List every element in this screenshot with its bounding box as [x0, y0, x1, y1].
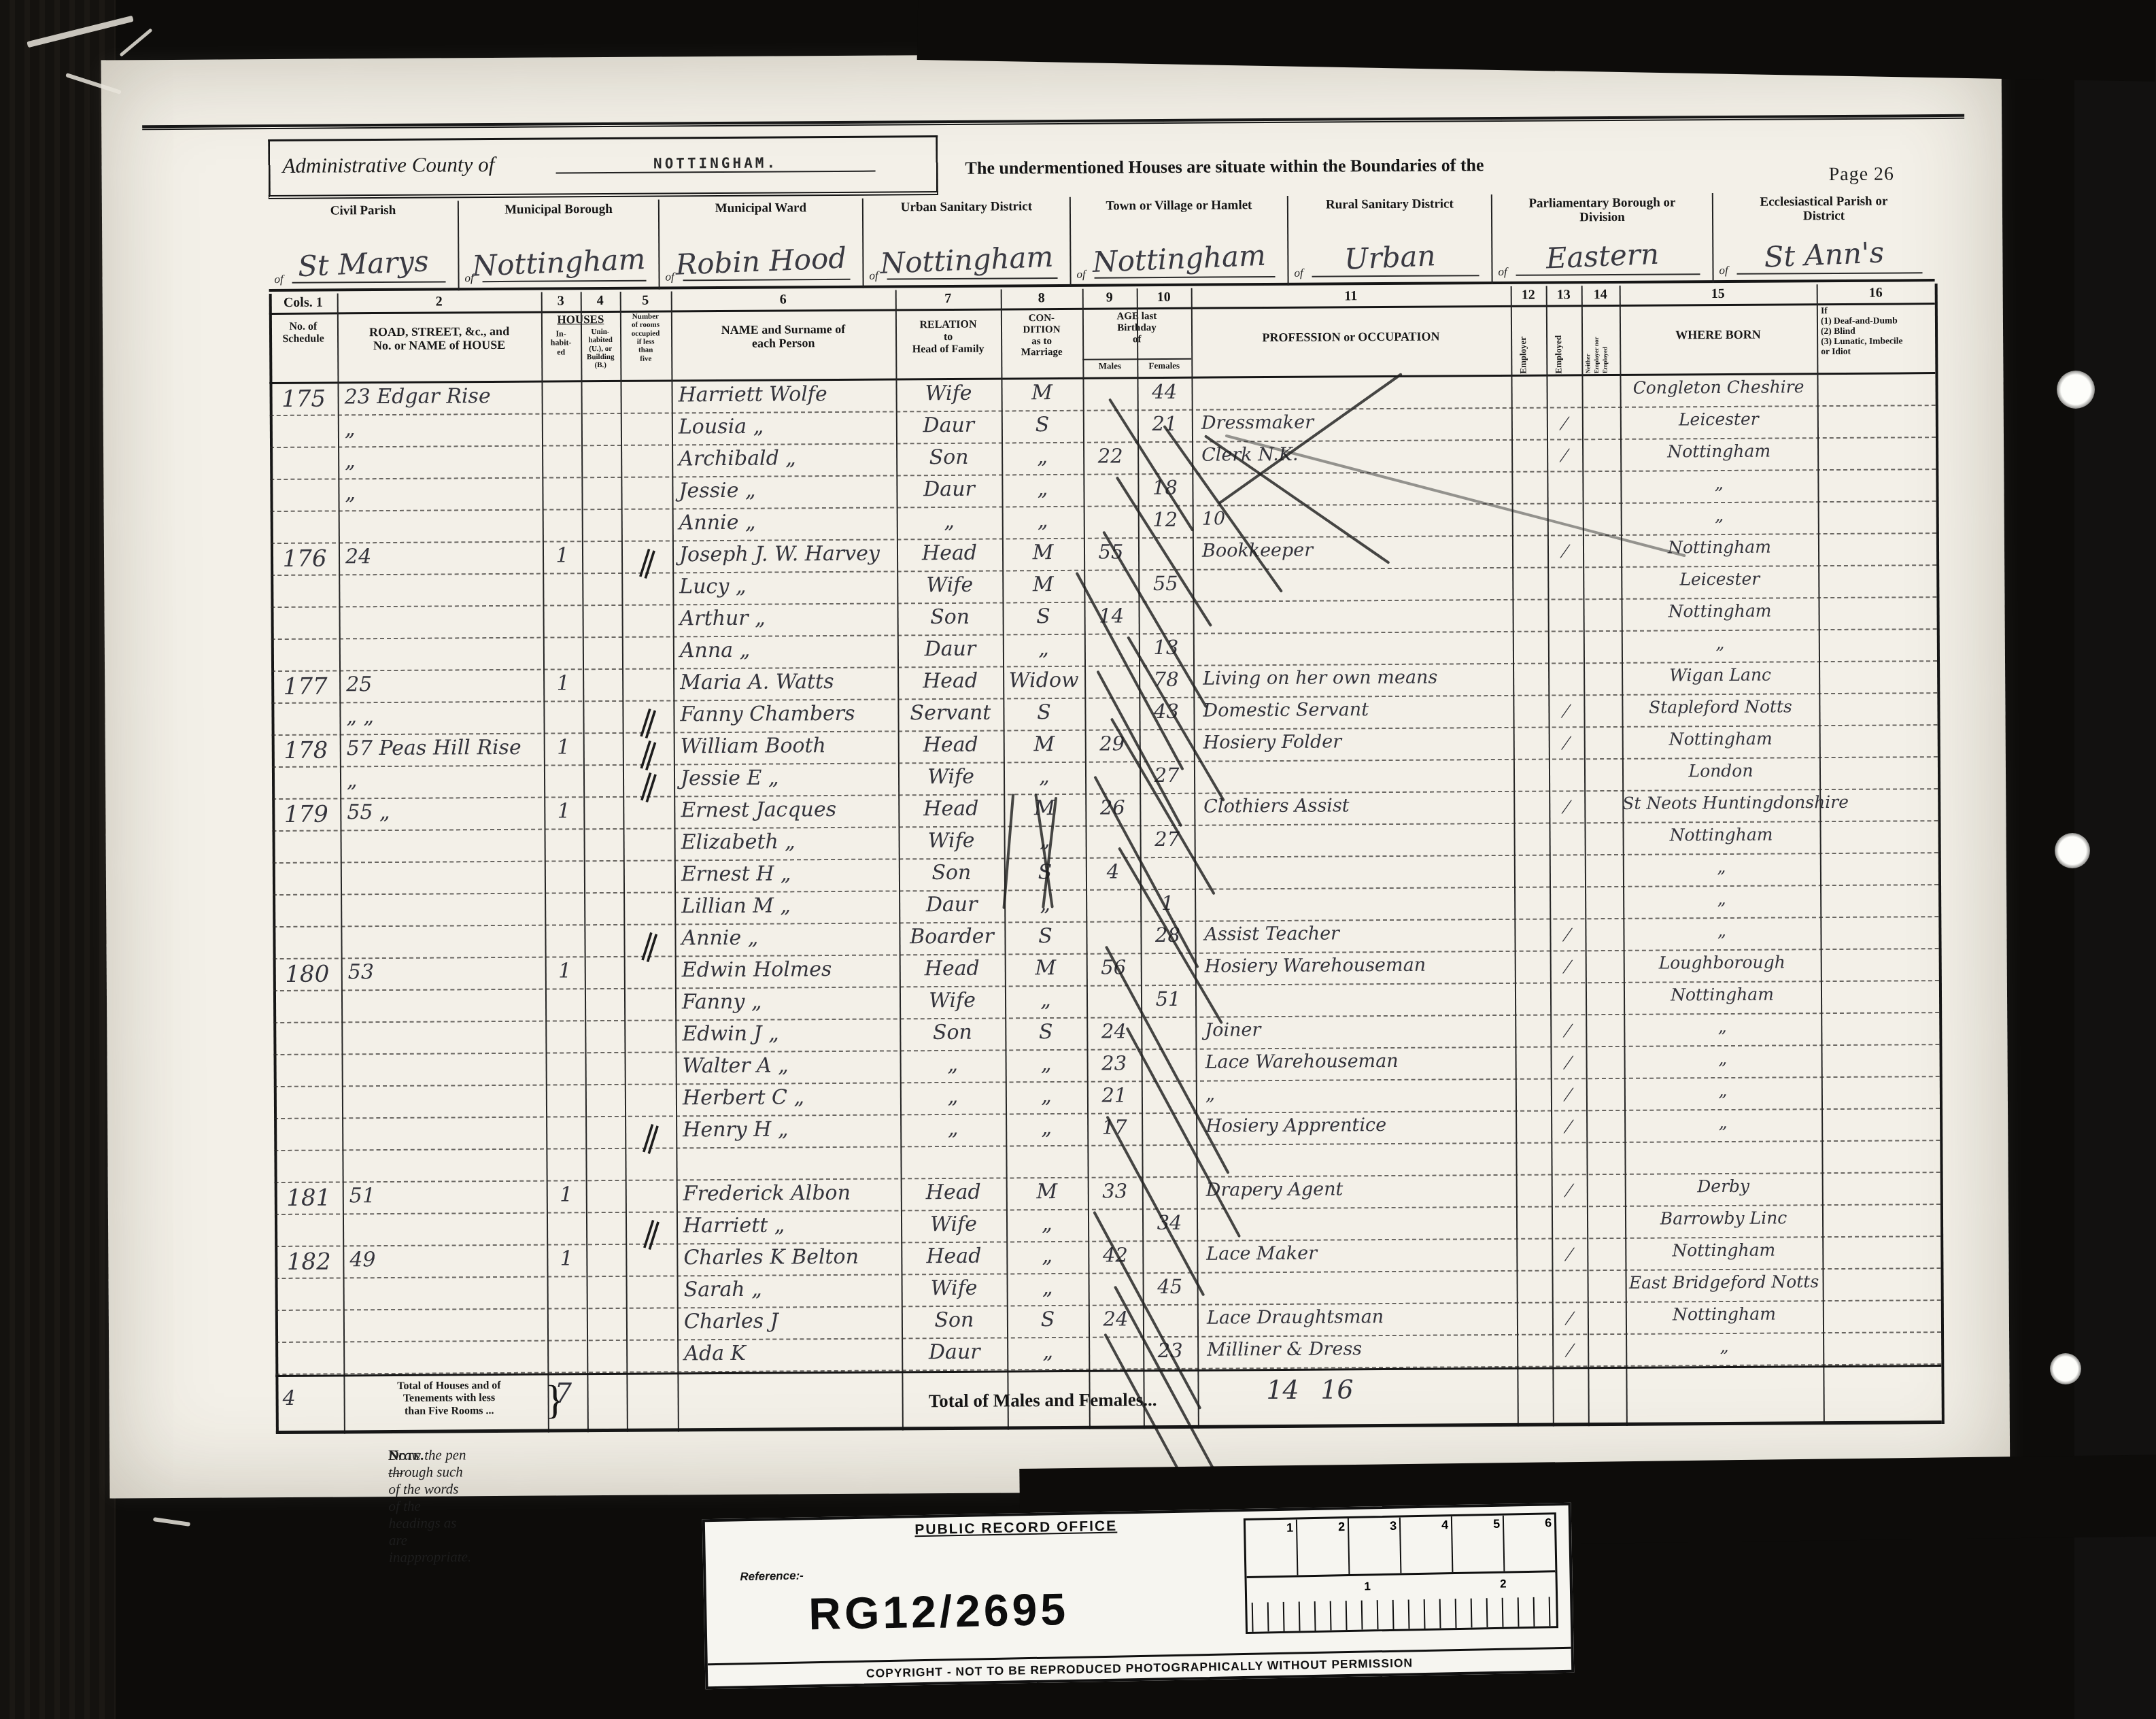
cell-born: Loughborough	[1624, 954, 1821, 972]
district-box-value: Robin Hood	[660, 241, 863, 282]
cell-emp: ∕	[1551, 1083, 1586, 1106]
district-box-value: St Ann's	[1713, 233, 1935, 275]
ruler-inch-cell: 4	[1401, 1516, 1454, 1573]
cell-born: „	[1624, 1082, 1821, 1100]
cell-born: Barrowby Linc	[1625, 1210, 1822, 1227]
ruler-lower-label: 1	[1364, 1580, 1371, 1593]
cell-nm: Ernest H „	[681, 864, 899, 884]
cell-born: Derby	[1625, 1178, 1822, 1195]
header-employer: Employer	[1518, 309, 1528, 374]
pro-card: PUBLIC RECORD OFFICE Reference:- RG12/26…	[702, 1503, 1575, 1689]
cell-nm: Annie „	[681, 927, 899, 948]
cell-occ: Dressmaker	[1201, 413, 1511, 432]
cell-rel: Wife	[896, 384, 1002, 403]
cell-rel: Son	[897, 607, 1003, 627]
header-where-born: WHERE BORN	[1620, 327, 1817, 342]
ruler-inch-cell: 1	[1246, 1519, 1299, 1576]
cell-rel: „	[900, 1087, 1006, 1106]
cell-rel: Head	[900, 959, 1005, 978]
cell-occ: Lace Maker	[1206, 1244, 1516, 1263]
top-rule	[142, 114, 1964, 130]
totals-schedule-mark: 4	[283, 1389, 296, 1409]
totals-males-value: 14	[1255, 1378, 1310, 1403]
cell-occ: 10	[1202, 509, 1512, 528]
column-number: 4	[581, 293, 620, 311]
cell-emp: ∕	[1551, 1115, 1586, 1138]
totals-houses-label: Total of Houses and of Tenements with le…	[350, 1380, 547, 1418]
district-box: Town or Village or HamletofNottingham	[1071, 196, 1289, 287]
cell-rd: „	[345, 451, 542, 471]
column-number: 5	[620, 292, 671, 310]
cell-occ: Hosiery Warehouseman	[1205, 956, 1515, 975]
cell-occ: Lace Draughtsman	[1207, 1308, 1517, 1327]
cell-cond: „	[1005, 991, 1086, 1010]
film-dot	[2057, 371, 2095, 409]
column-number: 11	[1191, 288, 1511, 307]
cell-born: St Neots Huntingdonshire	[1622, 794, 1819, 812]
district-box-label: Civil Parish	[269, 203, 458, 219]
pro-copyright: COPYRIGHT - NOT TO BE REPRODUCED PHOTOGR…	[708, 1647, 1571, 1684]
cell-born: Nottingham	[1625, 1242, 1822, 1259]
cell-h: 1	[547, 1249, 586, 1269]
cell-rd: „	[347, 770, 544, 791]
cell-born: „	[1620, 475, 1817, 492]
ruler-inch-cell: 5	[1452, 1516, 1505, 1572]
cell-emp: ∕	[1551, 1051, 1586, 1074]
district-box-label: Municipal Ward	[660, 201, 862, 217]
cell-born: Nottingham	[1623, 826, 1820, 844]
cell-emp: ∕	[1548, 700, 1584, 723]
cell-nm: Archibald „	[679, 448, 896, 469]
cell-born: Nottingham	[1621, 602, 1818, 620]
district-box-value: Nottingham	[459, 241, 660, 283]
cell-cond: M	[1002, 543, 1084, 563]
cell-rd: 57 Peas Hill Rise	[347, 738, 544, 759]
district-box-label: Urban Sanitary District	[863, 200, 1070, 216]
cell-emp: ∕	[1552, 1307, 1588, 1330]
district-box-value: Nottingham	[1071, 237, 1288, 279]
cell-cond: S	[1003, 607, 1084, 627]
cell-born: Nottingham	[1622, 730, 1819, 748]
column-number: 2	[337, 294, 541, 313]
cell-emp: ∕	[1549, 732, 1584, 755]
cell-nm: Sarah „	[684, 1279, 902, 1299]
cell-s: 180	[273, 963, 341, 985]
undermentioned-text: The undermentioned Houses are situate wi…	[965, 154, 1747, 179]
column-number: 15	[1620, 286, 1817, 305]
cell-nm: Lousia „	[679, 416, 896, 437]
cell-am: 14	[1084, 607, 1139, 626]
cell-rel: „	[900, 1119, 1006, 1138]
header-neither: Neither Employer nor Employed	[1584, 307, 1609, 373]
cell-rd: 49	[349, 1250, 547, 1270]
cell-nm: Charles J	[684, 1311, 902, 1331]
ruler-inch-cell: 2	[1297, 1518, 1350, 1575]
cell-rd: „	[345, 419, 542, 439]
cell-rd: 53	[348, 962, 545, 983]
district-box: Parliamentary Borough or DivisionofEaste…	[1492, 193, 1714, 284]
district-box-value: Eastern	[1492, 235, 1713, 277]
cell-nm: Fanny Chambers	[680, 704, 897, 724]
cell-cond: „	[1006, 1119, 1087, 1138]
cell-am: 22	[1083, 447, 1137, 466]
cell-h: 1	[547, 1185, 586, 1205]
cell-nm: Ada K	[684, 1343, 902, 1363]
district-box-label: Rural Sanitary District	[1288, 197, 1491, 213]
column-number: 14	[1581, 287, 1620, 305]
totals-females-value: 16	[1310, 1377, 1364, 1402]
cell-am: 21	[1087, 1086, 1142, 1105]
ruler-lower-label: 2	[1500, 1578, 1507, 1591]
cell-cond: „	[1006, 1246, 1088, 1266]
cell-nm: Elizabeth „	[681, 832, 899, 852]
cell-occ: Domestic Servant	[1203, 700, 1513, 719]
cell-emp: ∕	[1549, 796, 1584, 819]
cell-cond: S	[1003, 703, 1084, 723]
cell-born: Leicester	[1621, 571, 1818, 588]
district-box-label: Ecclesiastical Parish or District	[1713, 194, 1934, 224]
cell-cond: „	[1003, 639, 1084, 659]
cell-s: 176	[271, 547, 339, 570]
page-number: Page 26	[1829, 163, 1895, 186]
cell-rel: Head	[901, 1182, 1006, 1202]
cell-rel: Head	[897, 671, 1003, 691]
cell-occ: Assist Teacher	[1204, 924, 1514, 943]
cell-cond: S	[1002, 415, 1083, 435]
district-box-label: Municipal Borough	[459, 203, 658, 218]
cell-af: 51	[1141, 990, 1195, 1009]
film-scratch	[119, 28, 152, 56]
district-band: Civil ParishofSt MarysMunicipal Borougho…	[269, 192, 1935, 292]
district-box: Civil ParishofSt Marys	[269, 201, 460, 292]
cell-s: 175	[270, 388, 338, 410]
cell-cond: S	[1007, 1310, 1089, 1330]
cell-emp: ∕	[1547, 412, 1582, 435]
cell-born: Nottingham	[1620, 443, 1817, 460]
admin-county-label: Administrative County of	[282, 152, 494, 178]
cell-nm: Edwin Holmes	[682, 959, 900, 980]
cell-rel: Daur	[896, 479, 1002, 499]
cell-rel: Son	[896, 447, 1002, 467]
footnote-text: Draw the pen through such of the words o…	[388, 1446, 471, 1566]
cell-emp: ∕	[1552, 1179, 1587, 1202]
cell-cond: „	[1007, 1342, 1089, 1362]
cell-occ: Clerk N.K.	[1201, 445, 1511, 464]
cell-rel: Head	[901, 1246, 1006, 1266]
cell-occ: Hosiery Apprentice	[1205, 1116, 1516, 1135]
pro-ruler: 123456 12	[1244, 1512, 1558, 1634]
film-edge-left	[0, 0, 116, 1719]
column-number: 16	[1817, 285, 1935, 303]
cell-am: 33	[1088, 1182, 1142, 1201]
cell-cond: „	[1002, 511, 1084, 531]
cell-born: Leicester	[1620, 411, 1817, 428]
cell-nm: Arthur „	[680, 608, 897, 628]
cell-born: Congleton Cheshire	[1620, 379, 1817, 396]
census-sheet: Administrative County of NOTTINGHAM. The…	[101, 48, 2010, 1498]
cell-rel: Son	[902, 1310, 1007, 1330]
cell-born: „	[1623, 922, 1820, 940]
cell-rel: Son	[900, 1023, 1005, 1042]
cell-nm: Lillian M „	[681, 896, 899, 916]
district-box: Municipal WardofRobin Hood	[660, 199, 864, 290]
header-relation: RELATION to Head of Family	[895, 318, 1001, 356]
cell-rel: Daur	[896, 415, 1002, 435]
totals-houses-value: 7	[554, 1380, 572, 1406]
cell-emp: ∕	[1547, 444, 1582, 467]
header-condition: CON- DITION as to Marriage	[1001, 313, 1082, 359]
cell-nm: Henry H „	[683, 1119, 900, 1140]
cell-occ: „	[1205, 1084, 1516, 1103]
cell-cond: S	[1005, 1023, 1086, 1042]
cell-af: 21	[1137, 415, 1192, 434]
cell-born: Nottingham	[1624, 986, 1821, 1004]
cell-rel: Wife	[901, 1214, 1006, 1234]
cell-rel: Head	[898, 799, 1004, 819]
cell-rel: Daur	[897, 639, 1003, 659]
column-number: 8	[1001, 290, 1082, 309]
cell-h: 1	[544, 802, 583, 821]
cell-af: 45	[1143, 1278, 1197, 1297]
cell-born: Nottingham	[1626, 1306, 1823, 1323]
column-number: 12	[1511, 288, 1546, 305]
cell-h: 1	[543, 546, 582, 566]
cell-nm: Jessie „	[679, 480, 896, 500]
column-number: Cols. 1	[269, 294, 337, 313]
header-females: Females	[1137, 361, 1191, 371]
cell-nm: Herbert C „	[683, 1087, 900, 1108]
cell-cond: „	[1007, 1278, 1089, 1298]
cell-nm: Joseph J. W. Harvey	[679, 544, 897, 564]
header-inhabited: In- habit- ed	[541, 329, 581, 357]
film-scratch	[153, 1517, 190, 1527]
cell-occ: Joiner	[1205, 1020, 1515, 1039]
column-number: 13	[1546, 287, 1581, 305]
cell-born: „	[1623, 858, 1820, 876]
cell-emp: ∕	[1550, 1019, 1586, 1042]
district-box-label: Town or Village or Hamlet	[1071, 199, 1287, 214]
cell-rel: Head	[898, 735, 1004, 755]
header-rooms: Number of rooms occupied if less than fi…	[620, 312, 671, 362]
cell-cond: M	[1002, 575, 1084, 595]
scanned-census-page: Administrative County of NOTTINGHAM. The…	[0, 0, 2156, 1719]
cell-occ: Drapery Agent	[1206, 1180, 1516, 1199]
district-box-label: Parliamentary Borough or Division	[1492, 196, 1712, 226]
cell-h: 1	[543, 674, 583, 694]
cell-rd: 55 „	[347, 802, 544, 823]
district-box: Rural Sanitary DistrictofUrban	[1288, 194, 1493, 286]
cell-born: „	[1624, 1018, 1821, 1036]
cell-s: 181	[275, 1187, 343, 1209]
cell-rel: „	[900, 1055, 1006, 1074]
cell-born: „	[1622, 634, 1819, 652]
cell-rel: Daur	[902, 1342, 1007, 1362]
cell-rel: Wife	[902, 1278, 1007, 1298]
cell-nm: Annie „	[679, 512, 897, 532]
cell-nm: Harriett „	[683, 1215, 901, 1236]
cell-occ: Lace Warehouseman	[1205, 1052, 1516, 1071]
cell-born: „	[1623, 890, 1820, 908]
cell-born: „	[1624, 1114, 1821, 1131]
header-occupation: PROFESSION or OCCUPATION	[1191, 329, 1511, 345]
cell-rd: 25	[346, 675, 543, 695]
cell-born: „	[1624, 1050, 1821, 1068]
cell-rel: Wife	[897, 575, 1002, 595]
film-dot	[2050, 1353, 2081, 1384]
ruler-inch-cell: 3	[1349, 1518, 1402, 1574]
cell-nm: Walter A „	[683, 1055, 900, 1076]
cell-rd: 23 Edgar Rise	[345, 387, 542, 407]
cell-born: Stapleford Notts	[1622, 698, 1819, 716]
cell-rel: Wife	[899, 831, 1004, 851]
cell-cond: M	[1005, 959, 1086, 978]
cell-cond: „	[1006, 1214, 1088, 1234]
district-box: Urban Sanitary DistrictofNottingham	[863, 197, 1072, 288]
cell-cond: „	[1004, 767, 1085, 787]
cell-emp: ∕	[1550, 955, 1586, 978]
cell-rd: „ „	[346, 707, 543, 727]
district-box-value: St Marys	[269, 243, 459, 284]
header-males: Males	[1082, 361, 1137, 371]
cell-nm: Ernest Jacques	[681, 800, 898, 820]
cell-rel: Servant	[897, 703, 1003, 723]
cell-born: „	[1626, 1338, 1823, 1355]
totals-males-females-label: Total of Males and Females...	[929, 1389, 1157, 1412]
district-box-value: Urban	[1288, 237, 1492, 278]
cell-occ: Clothiers Assist	[1203, 796, 1513, 815]
cell-am: 23	[1087, 1054, 1142, 1073]
cell-s: 178	[272, 739, 340, 762]
column-number: 6	[671, 291, 895, 310]
cell-rd: „	[345, 483, 542, 503]
pro-reference-value: RG12/2695	[808, 1583, 1070, 1639]
cell-nm: Charles K Belton	[683, 1247, 901, 1267]
cell-nm: Edwin J „	[682, 1023, 900, 1044]
ruler-inch-cell: 6	[1504, 1514, 1556, 1571]
admin-county-box: Administrative County of NOTTINGHAM.	[268, 135, 938, 199]
cell-cond: M	[1004, 735, 1085, 755]
cell-rd: 51	[349, 1186, 547, 1206]
cell-cond: Widow	[1003, 671, 1084, 691]
cell-rel: Head	[897, 543, 1002, 563]
cell-cond: M	[1001, 384, 1082, 403]
cell-emp: ∕	[1552, 1339, 1588, 1362]
cell-emp: ∕	[1550, 923, 1585, 947]
cell-occ: Living on her own means	[1203, 668, 1513, 687]
column-number: 3	[541, 293, 581, 311]
header-road: ROAD, STREET, &c., and No. or NAME of HO…	[337, 324, 541, 353]
cell-cond: M	[1006, 1182, 1088, 1202]
column-number: 10	[1137, 290, 1191, 307]
cell-rd: 24	[345, 547, 543, 567]
admin-county-value: NOTTINGHAM.	[555, 154, 875, 174]
cell-cond: „	[1006, 1087, 1087, 1106]
cell-occ: Hosiery Folder	[1203, 732, 1513, 751]
cell-born: Wigan Lanc	[1622, 666, 1819, 684]
cell-rel: Boarder	[899, 927, 1004, 947]
cell-rel: „	[897, 511, 1002, 531]
film-dot	[2055, 833, 2090, 868]
pro-reference-label: Reference:-	[740, 1569, 804, 1584]
cell-s: 179	[272, 803, 340, 826]
header-employed: Employed	[1554, 308, 1564, 373]
district-box-value: Nottingham	[863, 239, 1071, 281]
cell-nm: Anna „	[680, 640, 897, 660]
cell-nm: Fanny „	[682, 991, 900, 1012]
cell-occ: Milliner & Dress	[1207, 1340, 1517, 1359]
cell-cond: „	[1002, 447, 1083, 467]
totals-row: 4 Total of Houses and of Tenements with …	[275, 1365, 1941, 1434]
cell-nm: William Booth	[681, 736, 898, 756]
cell-nm: Harriett Wolfe	[679, 384, 896, 405]
header-uninhabited: Unin- habited (U.), or Building (B.)	[581, 328, 620, 370]
cell-rel: Daur	[899, 895, 1004, 915]
cell-cond: „	[1006, 1055, 1087, 1074]
cell-s: 182	[275, 1250, 343, 1273]
cell-born: East Bridgeford Notts	[1626, 1274, 1823, 1291]
header-infirmity: If (1) Deaf-and-Dumb (2) Blind (3) Lunat…	[1817, 305, 1935, 357]
cell-rel: Wife	[898, 767, 1004, 787]
header-schedule: No. of Schedule	[269, 320, 337, 345]
cell-born: „	[1621, 507, 1818, 524]
cell-nm: Frederick Albon	[683, 1183, 901, 1204]
column-number: 7	[895, 290, 1001, 309]
cell-h: 1	[545, 961, 585, 981]
cell-cond: M	[1004, 799, 1085, 819]
cell-rel: Wife	[900, 991, 1005, 1010]
cell-h: 1	[544, 738, 583, 758]
cell-nm: Jessie E „	[681, 768, 898, 788]
cell-emp: ∕	[1552, 1243, 1587, 1266]
cell-af: 44	[1137, 383, 1191, 402]
cell-s: 177	[271, 675, 339, 698]
cell-cond: S	[1004, 927, 1086, 947]
pro-office-title: PUBLIC RECORD OFFICE	[705, 1514, 1327, 1543]
district-box: Municipal BoroughofNottingham	[459, 200, 660, 291]
cell-rel: Son	[899, 863, 1004, 883]
cell-cond: „	[1002, 479, 1083, 499]
cell-emp: ∕	[1547, 540, 1583, 563]
cell-nm: Maria A. Watts	[680, 672, 897, 692]
cell-nm: Lucy „	[679, 576, 897, 596]
cell-born: London	[1622, 762, 1819, 780]
column-number: 9	[1082, 290, 1137, 307]
district-box: Ecclesiastical Parish or DistrictofSt An…	[1713, 192, 1935, 283]
header-name: NAME and Surname of each Person	[671, 322, 895, 350]
